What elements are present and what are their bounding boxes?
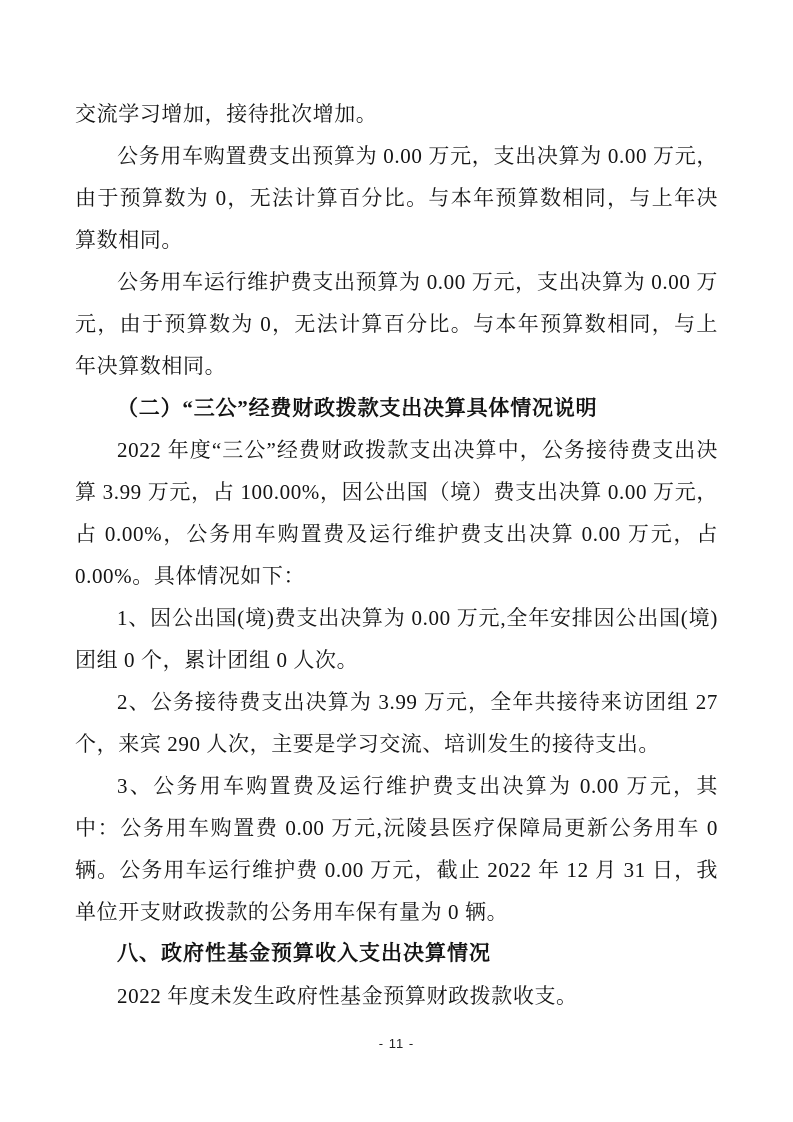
paragraph-vehicle-purchase-budget: 公务用车购置费支出预算为 0.00 万元，支出决算为 0.00 万元，由于预算数… [75, 135, 718, 261]
paragraph-three-public-expenses-summary: 2022 年度“三公”经费财政拨款支出决算中，公务接待费支出决算 3.99 万元… [75, 429, 718, 597]
paragraph-government-fund-statement: 2022 年度未发生政府性基金预算财政拨款收支。 [75, 975, 718, 1017]
paragraph-continuation: 交流学习增加，接待批次增加。 [75, 93, 718, 135]
paragraph-item-2-official-reception: 2、公务接待费支出决算为 3.99 万元，全年共接待来访团组 27 个，来宾 2… [75, 681, 718, 765]
page-footer: - 11 - [0, 1036, 793, 1051]
paragraph-item-3-official-vehicles: 3、公务用车购置费及运行维护费支出决算为 0.00 万元，其中：公务用车购置费 … [75, 765, 718, 933]
document-page: 交流学习增加，接待批次增加。 公务用车购置费支出预算为 0.00 万元，支出决算… [0, 0, 793, 1122]
paragraph-vehicle-maintenance-budget: 公务用车运行维护费支出预算为 0.00 万元，支出决算为 0.00 万元，由于预… [75, 261, 718, 387]
paragraph-item-1-overseas-travel: 1、因公出国(境)费支出决算为 0.00 万元,全年安排因公出国(境)团组 0 … [75, 597, 718, 681]
section-heading-government-fund-budget: 八、政府性基金预算收入支出决算情况 [75, 933, 718, 975]
page-number: - 11 - [379, 1036, 414, 1051]
subsection-heading-three-public-expenses-detail: （二）“三公”经费财政拨款支出决算具体情况说明 [75, 387, 718, 429]
